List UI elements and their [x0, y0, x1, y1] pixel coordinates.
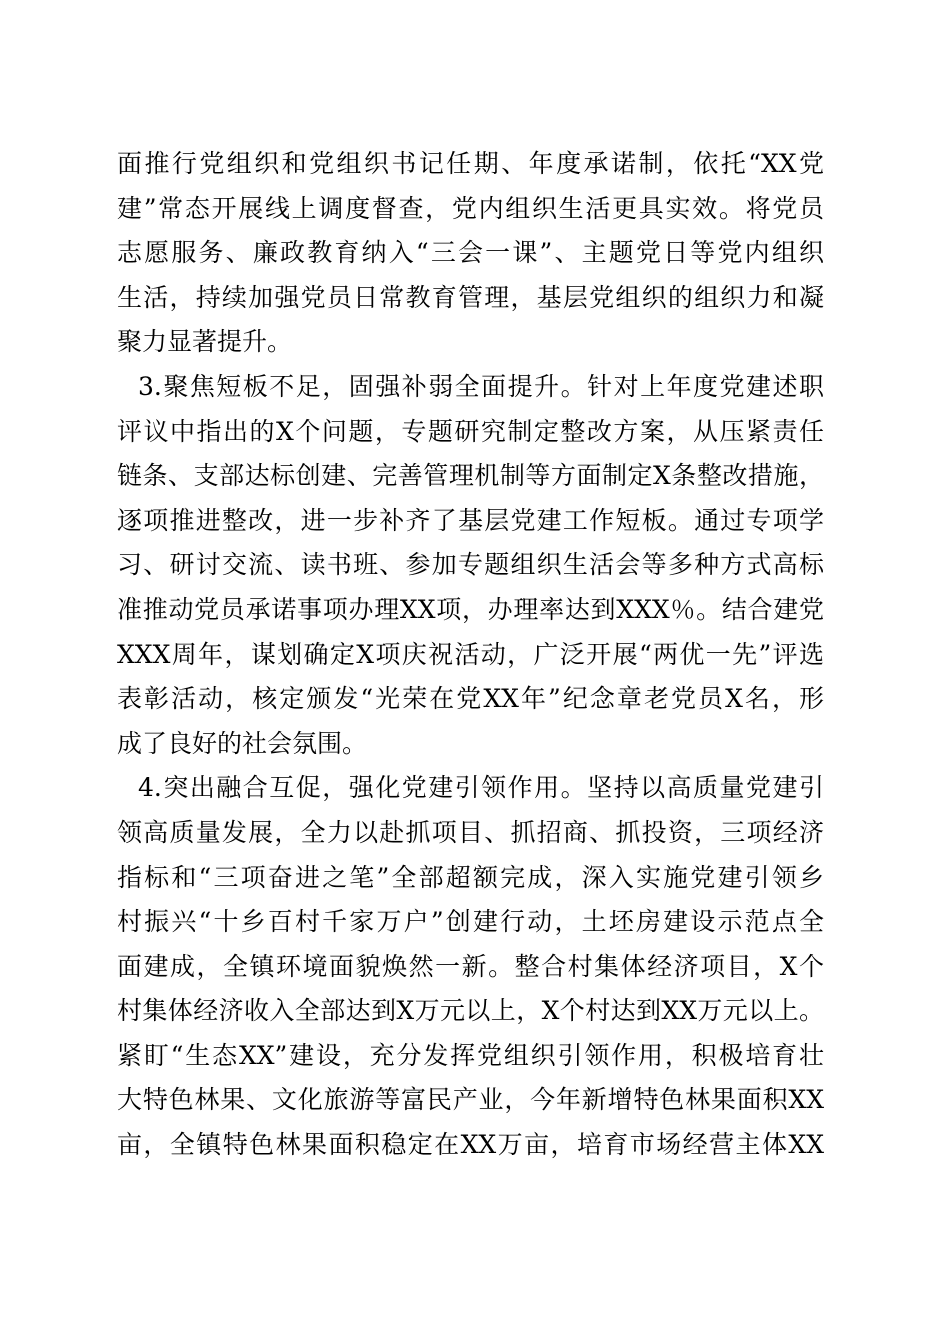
text-line: 评议中指出的X个问题，专题研究制定整改方案，从压紧责任: [117, 410, 824, 455]
text-line: 成了良好的社会氛围。: [117, 722, 824, 767]
text-line: 习、研讨交流、读书班、参加专题组织生活会等多种方式高标: [117, 543, 824, 588]
text-line: 领高质量发展，全力以赴抓项目、抓招商、抓投资，三项经济: [117, 811, 824, 856]
text-line: 面推行党组织和党组织书记任期、年度承诺制，依托“XX党: [117, 142, 824, 187]
text-line: 亩，全镇特色林果面积稳定在XX万亩，培育市场经营主体XX: [117, 1123, 824, 1168]
text-line: 链条、支部达标创建、完善管理机制等方面制定X条整改措施，: [117, 454, 824, 499]
text-line: 村集体经济收入全部达到X万元以上，X个村达到XX万元以上。: [117, 989, 824, 1034]
document-page: 面推行党组织和党组织书记任期、年度承诺制，依托“XX党建”常态开展线上调度督查，…: [0, 0, 950, 1344]
text-line: 大特色林果、文化旅游等富民产业，今年新增特色林果面积XX: [117, 1078, 824, 1123]
text-line: 3.聚焦短板不足，固强补弱全面提升。针对上年度党建述职: [117, 365, 824, 410]
text-line: 逐项推进整改，进一步补齐了基层党建工作短板。通过专项学: [117, 499, 824, 544]
text-line: 村振兴“十乡百村千家万户”创建行动，土坯房建设示范点全: [117, 900, 824, 945]
text-line: XXX周年，谋划确定X项庆祝活动，广泛开展“两优一先”评选: [117, 633, 824, 678]
text-line: 4.突出融合互促，强化党建引领作用。坚持以高质量党建引: [117, 766, 824, 811]
text-line: 聚力显著提升。: [117, 320, 824, 365]
text-line: 准推动党员承诺事项办理XX项，办理率达到XXX％。结合建党: [117, 588, 824, 633]
text-line: 建”常态开展线上调度督查，党内组织生活更具实效。将党员: [117, 187, 824, 232]
text-line: 表彰活动，核定颁发“光荣在党XX年”纪念章老党员X名，形: [117, 677, 824, 722]
text-line: 生活，持续加强党员日常教育管理，基层党组织的组织力和凝: [117, 276, 824, 321]
document-body: 面推行党组织和党组织书记任期、年度承诺制，依托“XX党建”常态开展线上调度督查，…: [117, 142, 824, 1168]
text-line: 志愿服务、廉政教育纳入“三会一课”、主题党日等党内组织: [117, 231, 824, 276]
text-line: 面建成，全镇环境面貌焕然一新。整合村集体经济项目，X个: [117, 945, 824, 990]
text-line: 指标和“三项奋进之笔”全部超额完成，深入实施党建引领乡: [117, 856, 824, 901]
text-line: 紧盯“生态XX”建设，充分发挥党组织引领作用，积极培育壮: [117, 1034, 824, 1079]
